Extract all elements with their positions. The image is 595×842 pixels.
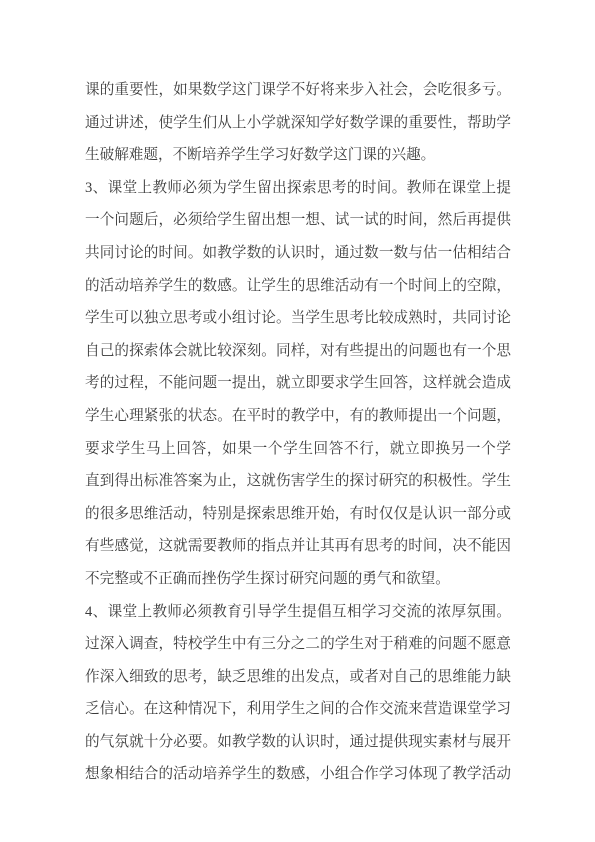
- text-line: 作深入细致的思考，缺乏思维的出发点，或者对自己的思维能力缺: [85, 661, 511, 694]
- text-line: 直到得出标准答案为止，这就伤害学生的探讨研究的积极性。学生: [85, 465, 511, 498]
- text-line: 学生心理紧张的状态。在平时的教学中，有的教师提出一个问题，: [85, 400, 511, 433]
- text-line: 4、课堂上教师必须教育引导学生提倡互相学习交流的浓厚氛围。经: [85, 596, 511, 629]
- text-line: 考的过程，不能问题一提出，就立即要求学生回答，这样就会造成: [85, 367, 511, 400]
- text-line: 通过讲述，使学生们从上小学就深知学好数学课的重要性，帮助学: [85, 107, 511, 140]
- body-text: 课的重要性，如果数学这门课学不好将来步入社会，会吃很多亏。通过讲述，使学生们从上…: [85, 74, 511, 791]
- text-line: 3、课堂上教师必须为学生留出探索思考的时间。教师在课堂上提出: [85, 172, 511, 205]
- text-line: 有些感觉，这就需要教师的指点并让其再有思考的时间，决不能因: [85, 530, 511, 563]
- text-line: 不完整或不正确而挫伤学生探讨研究问题的勇气和欲望。: [85, 563, 511, 596]
- document-page: 课的重要性，如果数学这门课学不好将来步入社会，会吃很多亏。通过讲述，使学生们从上…: [0, 0, 595, 842]
- text-line: 自己的探索体会就比较深刻。同样，对有些提出的问题也有一个思: [85, 335, 511, 368]
- text-line: 一个问题后，必须给学生留出想一想、试一试的时间，然后再提供: [85, 204, 511, 237]
- text-line: 的很多思维活动，特别是探索思维开始，有时仅仅是认识一部分或: [85, 498, 511, 531]
- text-line: 乏信心。在这种情况下，利用学生之间的合作交流来营造课堂学习: [85, 693, 511, 726]
- text-line: 要求学生马上回答，如果一个学生回答不行，就立即换另一个学生，: [85, 433, 511, 466]
- text-line: 共同讨论的时间。如教学数的认识时，通过数一数与估一估相结合: [85, 237, 511, 270]
- text-line: 过深入调查，特校学生中有三分之二的学生对于稍难的问题不愿意: [85, 628, 511, 661]
- text-line: 生破解难题，不断培养学生学习好数学这门课的兴趣。: [85, 139, 511, 172]
- text-line: 的气氛就十分必要。如教学数的认识时，通过提供现实素材与展开: [85, 726, 511, 759]
- text-line: 想象相结合的活动培养学生的数感，小组合作学习体现了教学活动: [85, 758, 511, 791]
- text-line: 学生可以独立思考或小组讨论。当学生思考比较成熟时，共同讨论: [85, 302, 511, 335]
- text-line: 的活动培养学生的数感。让学生的思维活动有一个时间上的空隙，: [85, 270, 511, 303]
- text-line: 课的重要性，如果数学这门课学不好将来步入社会，会吃很多亏。: [85, 74, 511, 107]
